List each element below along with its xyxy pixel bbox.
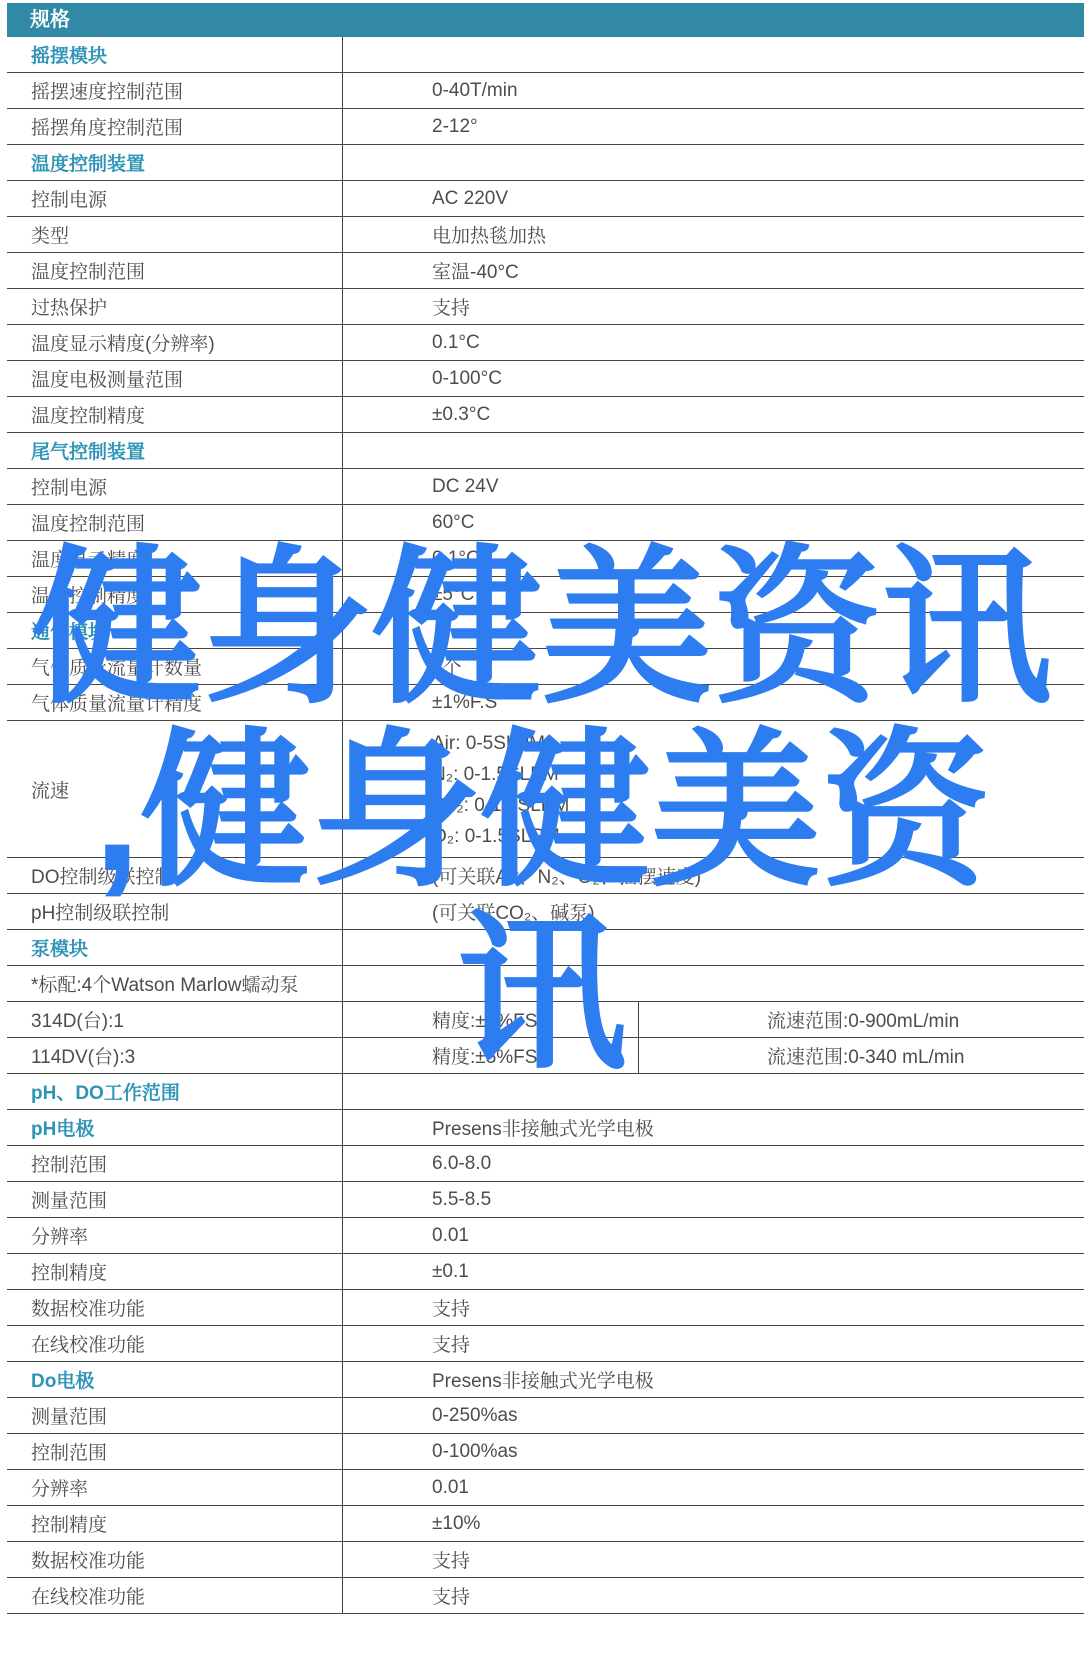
- table-row: 分辨率0.01: [7, 1218, 1084, 1254]
- row-label: 温度电极测量范围: [7, 361, 342, 396]
- row-label: 314D(台):1: [7, 1002, 342, 1037]
- table-row: 分辨率0.01: [7, 1470, 1084, 1506]
- section-row: 通气模块: [7, 613, 1084, 649]
- table-row: 数据校准功能支持: [7, 1290, 1084, 1326]
- row-label: 控制电源: [7, 181, 342, 216]
- table-row: 在线校准功能支持: [7, 1578, 1084, 1614]
- row-label: 摇摆模块: [7, 37, 342, 72]
- row-label: 温度控制范围: [7, 253, 342, 288]
- table-row: *标配:4个Watson Marlow蠕动泵: [7, 966, 1084, 1002]
- row-label: 温度控制装置: [7, 145, 342, 180]
- row-label: 控制电源: [7, 469, 342, 504]
- table-row: 数据校准功能支持: [7, 1542, 1084, 1578]
- row-value: (可关联CO₂、碱泵): [342, 894, 1084, 929]
- table-row: 温度控制精度±5°C: [7, 577, 1084, 613]
- row-label: 气体质量流量计精度: [7, 685, 342, 720]
- row-label: 控制范围: [7, 1434, 342, 1469]
- row-value-line: N₂: 0-1.5SLPM: [432, 759, 1084, 790]
- row-value: 2-12°: [342, 109, 1084, 144]
- table-row: 类型电加热毯加热: [7, 217, 1084, 253]
- row-value: AC 220V: [342, 181, 1084, 216]
- section-row: pH、DO工作范围: [7, 1074, 1084, 1110]
- row-label: pH控制级联控制: [7, 894, 342, 929]
- row-value-line: Air: 0-5SLPM: [432, 728, 1084, 759]
- row-label: pH电极: [7, 1110, 342, 1145]
- table-row: 控制电源DC 24V: [7, 469, 1084, 505]
- row-value: 0-100%as: [342, 1434, 1084, 1469]
- table-row: 114DV(台):3精度:±5%FS流速范围:0-340 mL/min: [7, 1038, 1084, 1074]
- table-row: 测量范围0-250%as: [7, 1398, 1084, 1434]
- row-value: [342, 966, 1084, 1001]
- row-label: 尾气控制装置: [7, 433, 342, 468]
- table-row: 控制范围6.0-8.0: [7, 1146, 1084, 1182]
- row-label: 摇摆角度控制范围: [7, 109, 342, 144]
- table-row: 温度控制精度±0.3°C: [7, 397, 1084, 433]
- row-label: 摇摆速度控制范围: [7, 73, 342, 108]
- row-value: 精度:±5%FS: [342, 1002, 638, 1037]
- row-label: 分辨率: [7, 1218, 342, 1253]
- row-label: 在线校准功能: [7, 1578, 342, 1613]
- row-value: 0.1°C: [342, 325, 1084, 360]
- row-label: 气体质量流量计数量: [7, 649, 342, 684]
- row-value-2: 流速范围:0-900mL/min: [638, 1002, 1084, 1037]
- row-label: 温度显示精度: [7, 541, 342, 576]
- row-label: *标配:4个Watson Marlow蠕动泵: [7, 966, 342, 1001]
- table-row: 测量范围5.5-8.5: [7, 1182, 1084, 1218]
- row-label: DO控制级联控制: [7, 858, 342, 893]
- table-row: 摇摆速度控制范围0-40T/min: [7, 73, 1084, 109]
- row-label: 控制范围: [7, 1146, 342, 1181]
- row-label: 控制精度: [7, 1254, 342, 1289]
- spec-table: 规格 摇摆模块摇摆速度控制范围0-40T/min摇摆角度控制范围2-12°温度控…: [7, 3, 1084, 1614]
- row-label: 温度显示精度(分辨率): [7, 325, 342, 360]
- row-value-2: 流速范围:0-340 mL/min: [638, 1038, 1084, 1073]
- row-label: 流速: [7, 721, 342, 857]
- row-value: 支持: [342, 289, 1084, 324]
- row-label: 数据校准功能: [7, 1290, 342, 1325]
- row-value: DC 24V: [342, 469, 1084, 504]
- table-row: pH控制级联控制(可关联CO₂、碱泵): [7, 894, 1084, 930]
- table-row: 温度控制范围室温-40°C: [7, 253, 1084, 289]
- row-value-line: O₂: 0-1.5SLPM: [432, 821, 1084, 852]
- table-row: 流速Air: 0-5SLPMN₂: 0-1.5SLPMC0₂: 0-1.5SLP…: [7, 721, 1084, 858]
- table-row: 控制电源AC 220V: [7, 181, 1084, 217]
- row-value: ±0.3°C: [342, 397, 1084, 432]
- table-row: 温度电极测量范围0-100°C: [7, 361, 1084, 397]
- row-label: 114DV(台):3: [7, 1038, 342, 1073]
- row-value: 支持: [342, 1578, 1084, 1613]
- row-value: [342, 433, 1084, 468]
- table-row: 摇摆角度控制范围2-12°: [7, 109, 1084, 145]
- table-row: 温度显示精度0.1°C: [7, 541, 1084, 577]
- table-header: 规格: [7, 3, 1084, 37]
- row-value: Presens非接触式光学电极: [342, 1362, 1084, 1397]
- table-row: 控制精度±10%: [7, 1506, 1084, 1542]
- row-value: ±1%F.S: [342, 685, 1084, 720]
- table-row: 气体质量流量计数量4个: [7, 649, 1084, 685]
- row-value: [342, 930, 1084, 965]
- row-label: 温度控制精度: [7, 577, 342, 612]
- section-row: 泵模块: [7, 930, 1084, 966]
- section-row: 温度控制装置: [7, 145, 1084, 181]
- row-value: 6.0-8.0: [342, 1146, 1084, 1181]
- row-value: 支持: [342, 1290, 1084, 1325]
- section-row: 尾气控制装置: [7, 433, 1084, 469]
- table-row: Do电极Presens非接触式光学电极: [7, 1362, 1084, 1398]
- row-label: 测量范围: [7, 1398, 342, 1433]
- row-value: Presens非接触式光学电极: [342, 1110, 1084, 1145]
- row-label: 过热保护: [7, 289, 342, 324]
- row-value: 0.1°C: [342, 541, 1084, 576]
- table-row: 温度控制范围60°C: [7, 505, 1084, 541]
- row-label: 类型: [7, 217, 342, 252]
- row-label: 数据校准功能: [7, 1542, 342, 1577]
- table-row: 温度显示精度(分辨率)0.1°C: [7, 325, 1084, 361]
- row-value: 60°C: [342, 505, 1084, 540]
- section-row: 摇摆模块: [7, 37, 1084, 73]
- row-value: Air: 0-5SLPMN₂: 0-1.5SLPMC0₂: 0-1.5SLPMO…: [342, 721, 1084, 857]
- table-row: pH电极Presens非接触式光学电极: [7, 1110, 1084, 1146]
- table-row: DO控制级联控制(可关联Air、N₂、O₂、摇摆速度): [7, 858, 1084, 894]
- row-value: 支持: [342, 1542, 1084, 1577]
- row-value: 0.01: [342, 1218, 1084, 1253]
- table-row: 过热保护支持: [7, 289, 1084, 325]
- table-row: 气体质量流量计精度±1%F.S: [7, 685, 1084, 721]
- table-row: 控制范围0-100%as: [7, 1434, 1084, 1470]
- row-value: 电加热毯加热: [342, 217, 1084, 252]
- row-label: 在线校准功能: [7, 1326, 342, 1361]
- row-label: 控制精度: [7, 1506, 342, 1541]
- row-value: [342, 145, 1084, 180]
- row-label: 分辨率: [7, 1470, 342, 1505]
- row-label: Do电极: [7, 1362, 342, 1397]
- row-value: ±5°C: [342, 577, 1084, 612]
- row-value: 支持: [342, 1326, 1084, 1361]
- table-row: 在线校准功能支持: [7, 1326, 1084, 1362]
- row-value: 5.5-8.5: [342, 1182, 1084, 1217]
- row-value: 0-40T/min: [342, 73, 1084, 108]
- row-value: (可关联Air、N₂、O₂、摇摆速度): [342, 858, 1084, 893]
- table-row: 控制精度±0.1: [7, 1254, 1084, 1290]
- row-value: 0-100°C: [342, 361, 1084, 396]
- row-label: 温度控制范围: [7, 505, 342, 540]
- row-value: ±0.1: [342, 1254, 1084, 1289]
- row-label: 测量范围: [7, 1182, 342, 1217]
- row-value: [342, 37, 1084, 72]
- row-label: pH、DO工作范围: [7, 1074, 342, 1109]
- row-value: 4个: [342, 649, 1084, 684]
- table-row: 314D(台):1精度:±5%FS流速范围:0-900mL/min: [7, 1002, 1084, 1038]
- row-label: 温度控制精度: [7, 397, 342, 432]
- row-value: [342, 1074, 1084, 1109]
- row-label: 通气模块: [7, 613, 342, 648]
- row-value: 室温-40°C: [342, 253, 1084, 288]
- row-value: [342, 613, 1084, 648]
- row-value: 精度:±5%FS: [342, 1038, 638, 1073]
- row-value: ±10%: [342, 1506, 1084, 1541]
- table-header-label: 规格: [30, 9, 70, 31]
- row-value-line: C0₂: 0-1.5SLPM: [432, 790, 1084, 821]
- row-value: 0.01: [342, 1470, 1084, 1505]
- row-value: 0-250%as: [342, 1398, 1084, 1433]
- table-body: 摇摆模块摇摆速度控制范围0-40T/min摇摆角度控制范围2-12°温度控制装置…: [7, 37, 1084, 1614]
- row-label: 泵模块: [7, 930, 342, 965]
